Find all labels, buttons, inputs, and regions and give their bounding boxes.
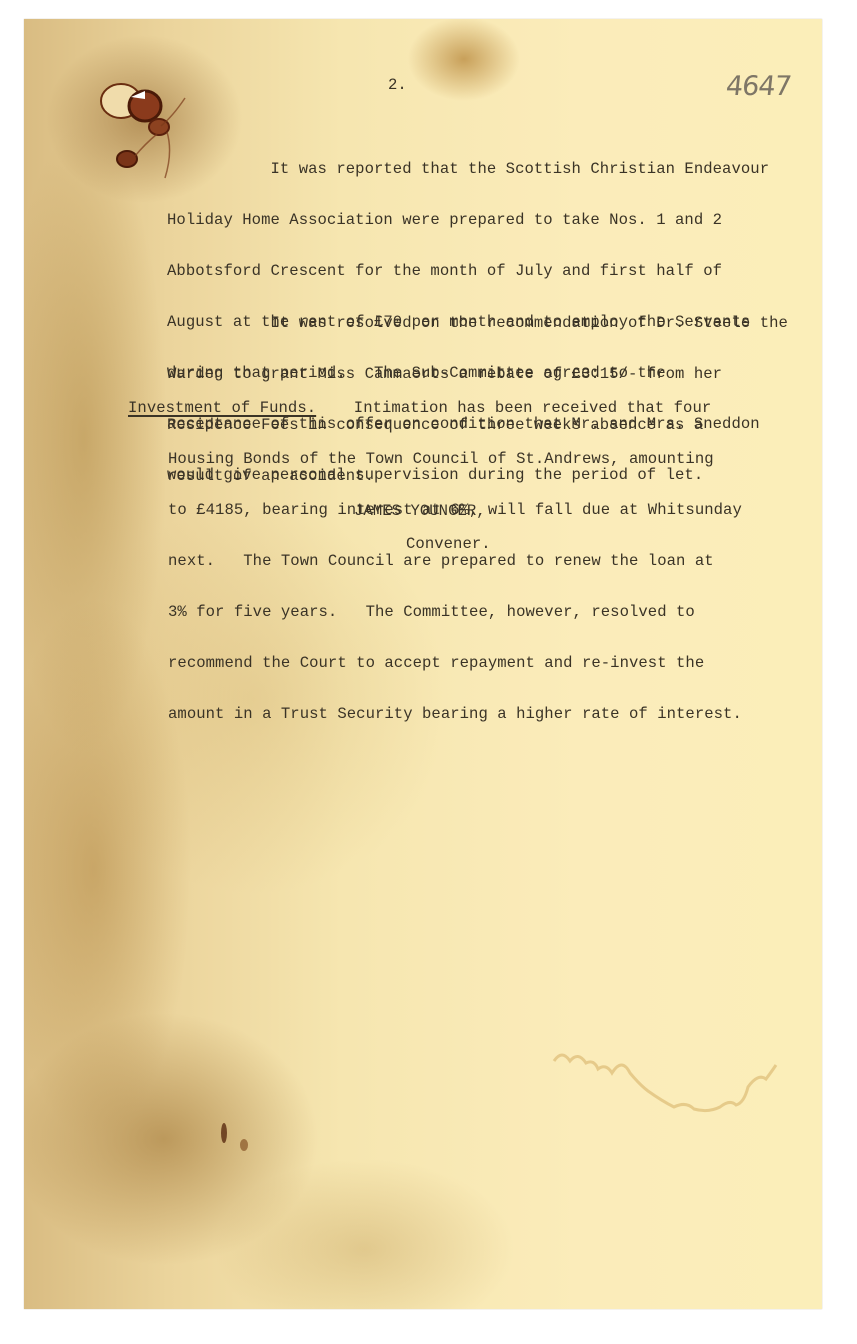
text-line: recommend the Court to accept repayment … bbox=[128, 655, 742, 672]
section-heading: Investment of Funds. bbox=[128, 399, 316, 417]
brown-stain-decoration bbox=[114, 1109, 274, 1169]
page-number: 2. bbox=[388, 77, 407, 94]
text-line: Abbotsford Crescent for the month of Jul… bbox=[167, 263, 769, 280]
signature-name: JAMES YOUNGER, bbox=[354, 503, 486, 520]
paragraph-investment-of-funds: Investment of Funds. Intimation has been… bbox=[128, 366, 742, 757]
signature-title: Convener. bbox=[406, 536, 491, 553]
text-line: It was resolved on the recommendation of… bbox=[167, 315, 788, 332]
text-line: It was reported that the Scottish Christ… bbox=[167, 161, 769, 178]
text-line: 3% for five years. The Committee, howeve… bbox=[128, 604, 742, 621]
text-line: amount in a Trust Security bearing a hig… bbox=[128, 706, 742, 723]
document-page: 2. 4647 It was reported that the Scottis… bbox=[24, 19, 822, 1309]
text-line: Housing Bonds of the Town Council of St.… bbox=[128, 451, 742, 468]
text-line: Holiday Home Association were prepared t… bbox=[167, 212, 769, 229]
water-stain-decoration bbox=[544, 1039, 822, 1129]
text-line: next. The Town Council are prepared to r… bbox=[128, 553, 742, 570]
text-fragment: Intimation has been received that four bbox=[316, 399, 711, 417]
handwritten-reference-number: 4647 bbox=[724, 71, 792, 102]
text-line: Investment of Funds. Intimation has been… bbox=[128, 400, 742, 417]
